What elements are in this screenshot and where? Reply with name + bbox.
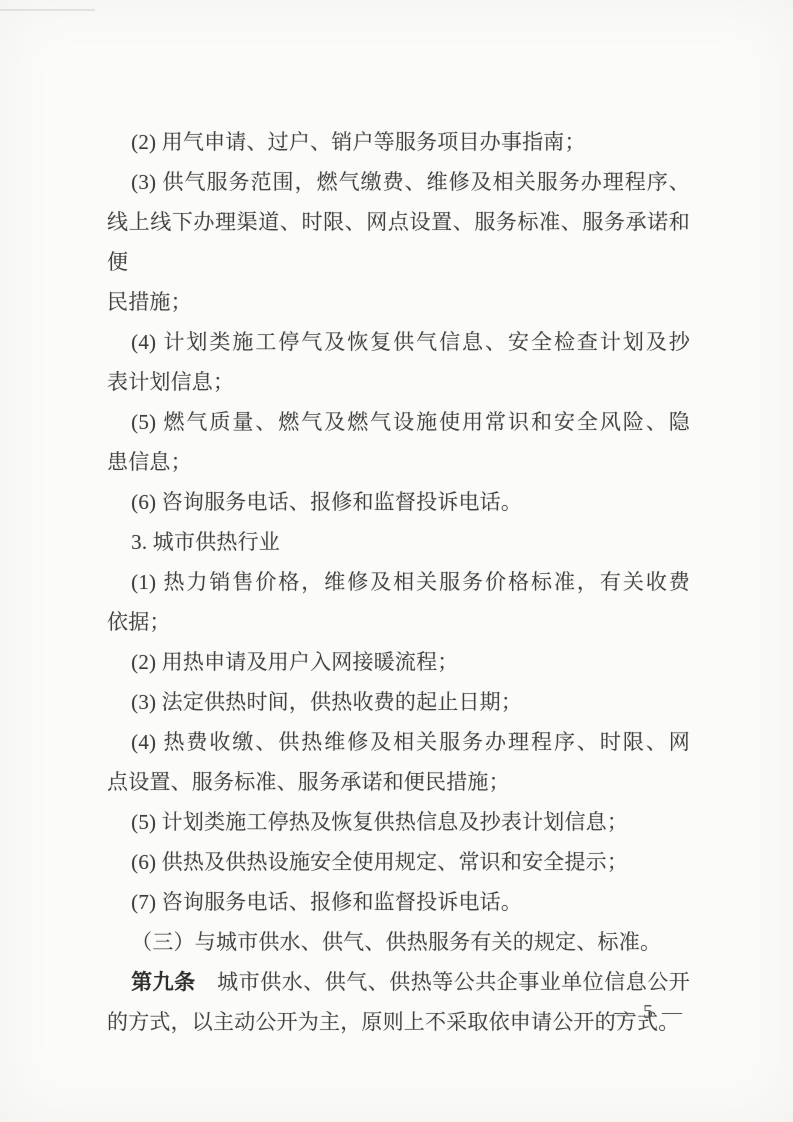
document-line: (4) 热费收缴、供热维修及相关服务办理程序、时限、网 <box>107 722 690 762</box>
document-line: (2) 用热申请及用户入网接暖流程； <box>107 642 690 682</box>
document-line: (6) 供热及供热设施安全使用规定、常识和安全提示； <box>107 842 690 882</box>
document-line: (6) 咨询服务电话、报修和监督投诉电话。 <box>107 482 690 522</box>
document-line: (2) 用气申请、过户、销户等服务项目办事指南； <box>107 122 690 162</box>
line-text: (3) 法定供热时间，供热收费的起止日期； <box>131 690 522 714</box>
document-line: 患信息； <box>107 442 690 482</box>
document-line: 依据； <box>107 602 690 642</box>
line-text: (2) 用热申请及用户入网接暖流程； <box>131 650 458 674</box>
line-text: 依据； <box>107 610 171 634</box>
page-number: — 5 — <box>107 994 690 1030</box>
line-text: 城市供水、供气、供热等公共企事业单位信息公开 <box>196 970 690 994</box>
document-line: 表计划信息； <box>107 362 690 402</box>
line-text: (7) 咨询服务电话、报修和监督投诉电话。 <box>131 890 522 914</box>
line-text: 点设置、服务标准、服务承诺和便民措施； <box>107 770 510 794</box>
line-text: (2) 用气申请、过户、销户等服务项目办事指南； <box>131 130 586 154</box>
line-text: (5) 计划类施工停热及恢复供热信息及抄表计划信息； <box>131 810 628 834</box>
document-line: (5) 计划类施工停热及恢复供热信息及抄表计划信息； <box>107 802 690 842</box>
line-text: (4) 计划类施工停气及恢复供气信息、安全检查计划及抄 <box>131 330 690 354</box>
document-line: (3) 法定供热时间，供热收费的起止日期； <box>107 682 690 722</box>
article-number-bold: 第九条 <box>131 970 196 994</box>
document-line: 民措施； <box>107 282 690 322</box>
document-page: (2) 用气申请、过户、销户等服务项目办事指南；(3) 供气服务范围，燃气缴费、… <box>0 0 793 1122</box>
document-line: 线上线下办理渠道、时限、网点设置、服务标准、服务承诺和便 <box>107 202 690 282</box>
document-line: 点设置、服务标准、服务承诺和便民措施； <box>107 762 690 802</box>
scan-artifact-line <box>0 9 95 11</box>
line-text: (5) 燃气质量、燃气及燃气设施使用常识和安全风险、隐 <box>131 410 690 434</box>
line-text: （三）与城市供水、供气、供热服务有关的规定、标准。 <box>131 930 661 954</box>
line-text: (6) 供热及供热设施安全使用规定、常识和安全提示； <box>131 850 628 874</box>
document-line: 3. 城市供热行业 <box>107 522 690 562</box>
document-line: (4) 计划类施工停气及恢复供气信息、安全检查计划及抄 <box>107 322 690 362</box>
document-body: (2) 用气申请、过户、销户等服务项目办事指南；(3) 供气服务范围，燃气缴费、… <box>107 122 690 1042</box>
line-text: (6) 咨询服务电话、报修和监督投诉电话。 <box>131 490 522 514</box>
line-text: (4) 热费收缴、供热维修及相关服务办理程序、时限、网 <box>131 730 690 754</box>
line-text: (1) 热力销售价格，维修及相关服务价格标准，有关收费 <box>131 570 690 594</box>
line-text: 患信息； <box>107 450 192 474</box>
document-line: （三）与城市供水、供气、供热服务有关的规定、标准。 <box>107 922 690 962</box>
document-line: (7) 咨询服务电话、报修和监督投诉电话。 <box>107 882 690 922</box>
line-text: (3) 供气服务范围，燃气缴费、维修及相关服务办理程序、 <box>131 170 690 194</box>
line-text: 民措施； <box>107 290 192 314</box>
document-line: (1) 热力销售价格，维修及相关服务价格标准，有关收费 <box>107 562 690 602</box>
line-text: 3. 城市供热行业 <box>131 530 280 554</box>
document-line: (3) 供气服务范围，燃气缴费、维修及相关服务办理程序、 <box>107 162 690 202</box>
line-text: 线上线下办理渠道、时限、网点设置、服务标准、服务承诺和便 <box>107 210 690 274</box>
document-line: (5) 燃气质量、燃气及燃气设施使用常识和安全风险、隐 <box>107 402 690 442</box>
line-text: 表计划信息； <box>107 370 234 394</box>
